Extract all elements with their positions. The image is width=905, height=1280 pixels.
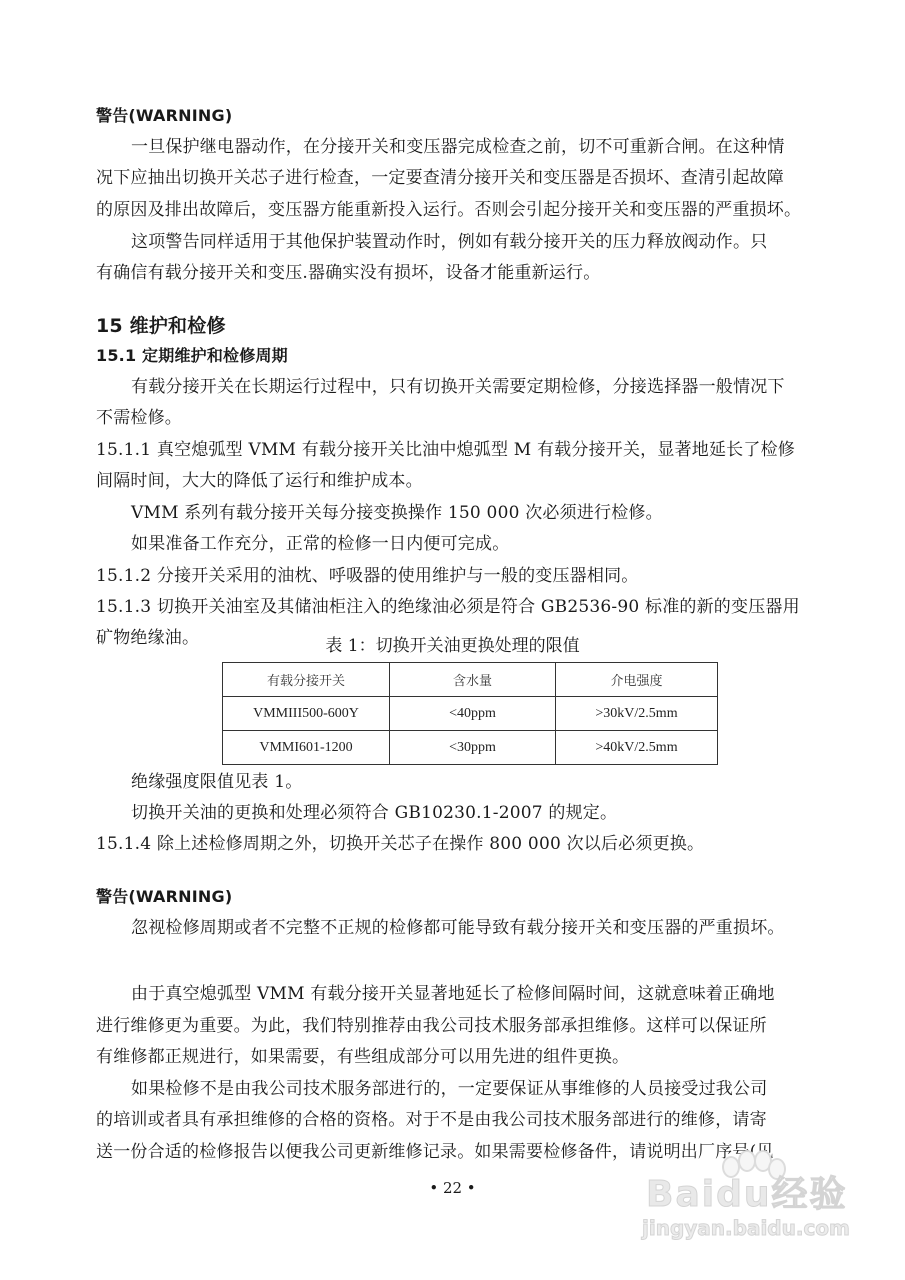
table-cell: VMMIII500-600Y bbox=[223, 697, 390, 731]
table-header: 有载分接开关 bbox=[223, 663, 390, 697]
table-cell: <30ppm bbox=[390, 731, 556, 765]
paragraph-line: 如果检修不是由我公司技术服务部进行的，一定要保证从事维修的人员接受过我公司 bbox=[131, 1079, 767, 1099]
clause-15-1-1-cont: 间隔时间，大大的降低了运行和维护成本。 bbox=[96, 471, 423, 491]
paragraph-line: 进行维修更为重要。为此，我们特别推荐由我公司技术服务部承担维修。这样可以保证所 bbox=[96, 1016, 767, 1036]
baidu-watermark: Baidu经验 jingyan.baidu.com bbox=[640, 1160, 865, 1250]
table-cell: VMMI601-1200 bbox=[223, 731, 390, 765]
clause-15-1-4: 15.1.4 除上述检修周期之外，切换开关芯子在操作 800 000 次以后必须… bbox=[96, 834, 704, 854]
table-cell: >30kV/2.5mm bbox=[556, 697, 718, 731]
paragraph-line: 不需检修。 bbox=[96, 408, 182, 428]
warning-title: 警告(WARNING) bbox=[96, 887, 232, 907]
warning-text-line: 忽视检修周期或者不完整不正规的检修都可能导致有载分接开关和变压器的严重损坏。 bbox=[131, 918, 785, 938]
warning-text-line: 一旦保护继电器动作，在分接开关和变压器完成检查之前，切不可重新合闸。在这种情 bbox=[131, 137, 785, 157]
paragraph-line: 有载分接开关在长期运行过程中，只有切换开关需要定期检修，分接选择器一般情况下 bbox=[131, 377, 785, 397]
paragraph-line: 绝缘强度限值见表 1。 bbox=[131, 772, 302, 792]
watermark-url: jingyan.baidu.com bbox=[642, 1216, 850, 1240]
paragraph-line: 的培训或者具有承担维修的合格的资格。对于不是由我公司技术服务部进行的维修，请寄 bbox=[96, 1110, 767, 1130]
warning-text-line: 的原因及排出故障后，变压器方能重新投入运行。否则会引起分接开关和变压器的严重损坏… bbox=[96, 200, 801, 220]
paragraph-line: VMM 系列有载分接开关每分接变换操作 150 000 次必须进行检修。 bbox=[131, 503, 663, 523]
section-heading: 15 维护和检修 bbox=[96, 316, 226, 336]
warning-text-line: 这项警告同样适用于其他保护装置动作时，例如有载分接开关的压力释放阀动作。只 bbox=[131, 232, 767, 252]
paragraph-line: 切换开关油的更换和处理必须符合 GB10230.1-2007 的规定。 bbox=[131, 803, 617, 823]
table-caption: 表 1：切换开关油更换处理的限值 bbox=[0, 636, 905, 656]
subsection-heading: 15.1 定期维护和检修周期 bbox=[96, 346, 288, 366]
table-cell: <40ppm bbox=[390, 697, 556, 731]
limits-table: 有载分接开关 含水量 介电强度 VMMIII500-600Y <40ppm >3… bbox=[222, 662, 718, 765]
clause-15-1-1: 15.1.1 真空熄弧型 VMM 有载分接开关比油中熄弧型 M 有载分接开关，显… bbox=[96, 440, 795, 460]
warning-text-line: 况下应抽出切换开关芯子进行检查，一定要查清分接开关和变压器是否损坏、查清引起故障 bbox=[96, 168, 784, 188]
table-header: 含水量 bbox=[390, 663, 556, 697]
clause-15-1-2: 15.1.2 分接开关采用的油枕、呼吸器的使用维护与一般的变压器相同。 bbox=[96, 566, 638, 586]
paragraph-line: 如果准备工作充分，正常的检修一日内便可完成。 bbox=[131, 534, 509, 554]
table-header-row: 有载分接开关 含水量 介电强度 bbox=[223, 663, 718, 697]
table-cell: >40kV/2.5mm bbox=[556, 731, 718, 765]
paragraph-line: 有维修都正规进行，如果需要，有些组成部分可以用先进的组件更换。 bbox=[96, 1047, 629, 1067]
warning-text-line: 有确信有载分接开关和变压.器确实没有损坏，设备才能重新运行。 bbox=[96, 263, 600, 283]
warning-title: 警告(WARNING) bbox=[96, 106, 232, 126]
paragraph-line: 由于真空熄弧型 VMM 有载分接开关显著地延长了检修间隔时间，这就意味着正确地 bbox=[131, 984, 775, 1004]
clause-15-1-3: 15.1.3 切换开关油室及其储油柜注入的绝缘油必须是符合 GB2536-90 … bbox=[96, 597, 800, 617]
table-header: 介电强度 bbox=[556, 663, 718, 697]
paragraph-line: 送一份合适的检修报告以便我公司更新维修记录。如果需要检修备件，请说明出厂序号(见 bbox=[96, 1142, 774, 1162]
table-row: VMMI601-1200 <30ppm >40kV/2.5mm bbox=[223, 731, 718, 765]
watermark-logo: Baidu经验 bbox=[646, 1166, 847, 1217]
table-row: VMMIII500-600Y <40ppm >30kV/2.5mm bbox=[223, 697, 718, 731]
